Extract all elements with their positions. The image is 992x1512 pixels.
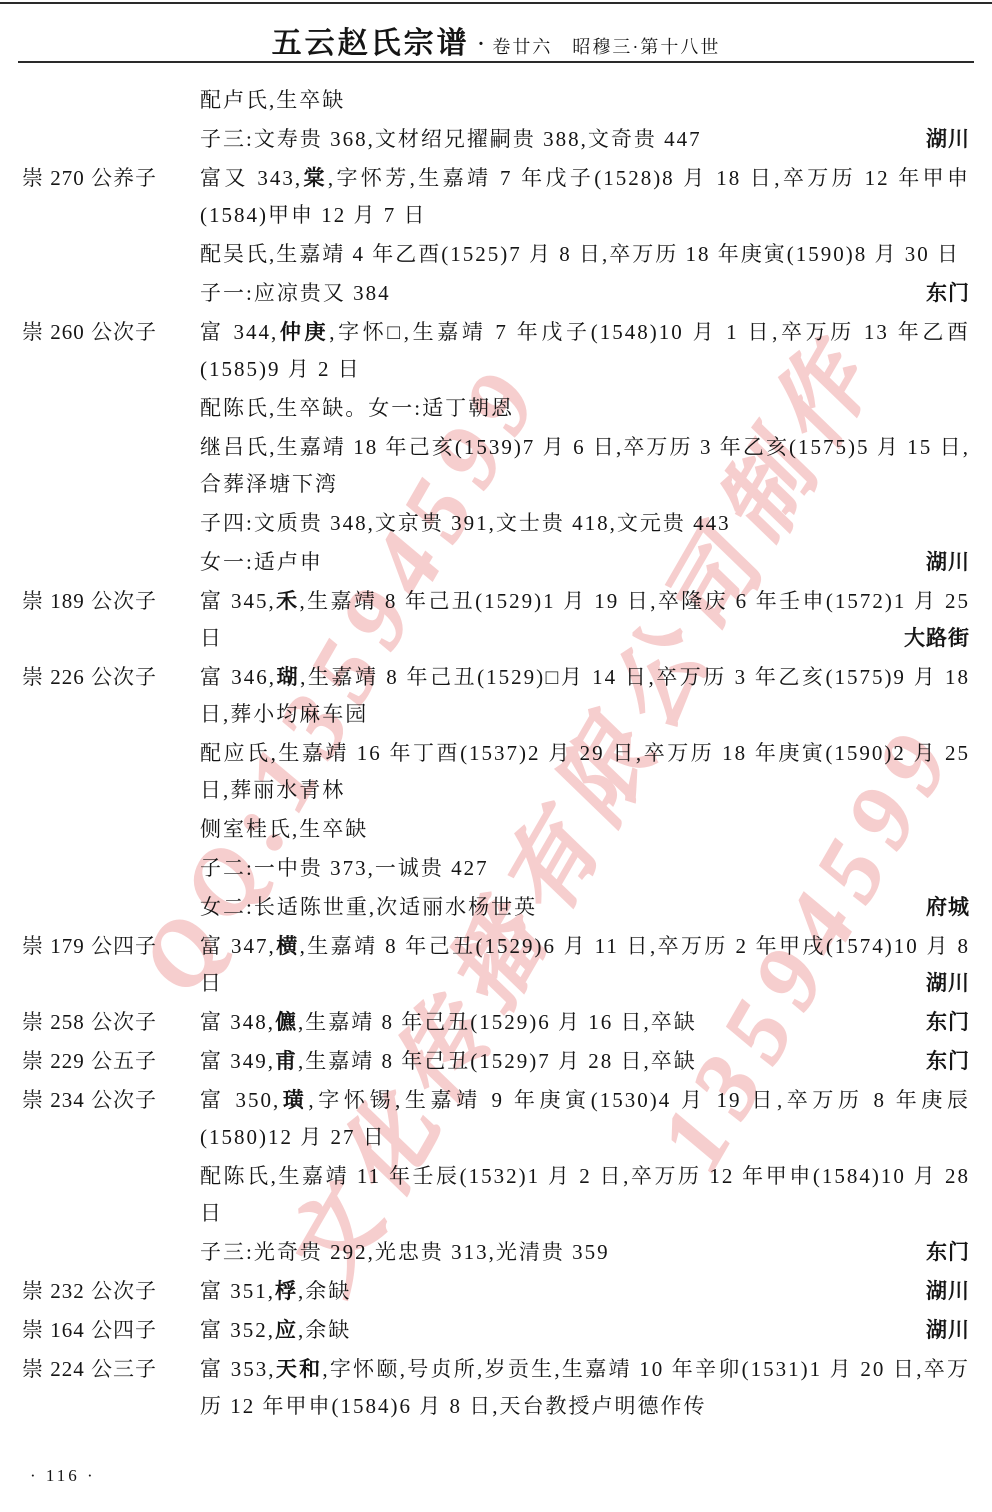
record-text: 配陈氏,生嘉靖 11 年壬辰(1532)1 月 2 日,卒万历 12 年甲申(1… [200, 1158, 970, 1232]
record-text: 富 346,瑚,生嘉靖 8 年己丑(1529)□月 14 日,卒万历 3 年乙亥… [200, 659, 970, 733]
record-text: 富 348,儦,生嘉靖 8 年己丑(1529)6 月 16 日,卒缺东门 [200, 1004, 970, 1041]
record-segment: 富 345, [200, 589, 276, 613]
person-name: 瑚 [276, 665, 300, 689]
record-row: 子三:文寿贵 368,文材绍兄擢嗣贵 388,文奇贵 447湖川 [22, 121, 970, 158]
record-text: 子一:应凉贵又 384东门 [200, 275, 970, 312]
record-segment: ,余缺 [298, 1279, 351, 1303]
records-list: 配卢氏,生卒缺子三:文寿贵 368,文材绍兄擢嗣贵 388,文奇贵 447湖川崇… [22, 82, 970, 1427]
record-text: 富 347,横,生嘉靖 8 年己丑(1529)6 月 11 日,卒万历 2 年甲… [200, 928, 970, 1002]
record-segment: ,余缺 [298, 1318, 351, 1342]
record-segment: 富 347, [200, 934, 276, 958]
record-segment: 富 346, [200, 665, 276, 689]
generation-label: 崇 260 公次子 [22, 314, 198, 351]
generation-label: 崇 224 公三子 [22, 1351, 198, 1388]
record-row: 崇 189 公次子富 345,禾,生嘉靖 8 年己丑(1529)1 月 19 日… [22, 583, 970, 657]
generation-label: 崇 270 公养子 [22, 160, 198, 197]
record-segment: ,生嘉靖 8 年己丑(1529)1 月 19 日,卒隆庆 6 年壬申(1572)… [200, 589, 970, 650]
record-segment: 配陈氏,生嘉靖 11 年壬辰(1532)1 月 2 日,卒万历 12 年甲申(1… [200, 1164, 970, 1225]
person-name: 禾 [276, 589, 300, 613]
record-segment: 配吴氏,生嘉靖 4 年乙酉(1525)7 月 8 日,卒万历 18 年庚寅(15… [200, 242, 960, 266]
genealogy-page: 五云赵氏宗谱·卷廿六 昭穆三·第十八世 QQ:13594599 文化传播有限公司… [0, 0, 992, 1512]
generation-label: 崇 226 公次子 [22, 659, 198, 696]
record-text: 富 353,天和,字怀颐,号贞所,岁贡生,生嘉靖 10 年辛卯(1531)1 月… [200, 1351, 970, 1425]
record-segment: 女一:适卢申 [200, 550, 323, 574]
record-row: 继吕氏,生嘉靖 18 年己亥(1539)7 月 6 日,卒万历 3 年乙亥(15… [22, 429, 970, 503]
generation-label: 崇 164 公四子 [22, 1312, 198, 1349]
record-text: 子二:一中贵 373,一诚贵 427 [200, 850, 970, 887]
record-segment: 配卢氏,生卒缺 [200, 88, 345, 112]
residence-label: 东门 [926, 275, 970, 312]
record-text: 子三:光奇贵 292,光忠贵 313,光清贵 359东门 [200, 1234, 970, 1271]
record-segment: 富 353, [200, 1357, 276, 1381]
residence-label: 湖川 [926, 1312, 970, 1349]
record-segment: 子一:应凉贵又 384 [200, 281, 391, 305]
record-segment: 子三:文寿贵 368,文材绍兄擢嗣贵 388,文奇贵 447 [200, 127, 702, 151]
person-name: 儦 [275, 1010, 298, 1034]
residence-label: 府城 [926, 889, 970, 926]
person-name: 横 [276, 934, 300, 958]
title-separator-dot: · [478, 33, 485, 55]
record-row: 崇 226 公次子富 346,瑚,生嘉靖 8 年己丑(1529)□月 14 日,… [22, 659, 970, 733]
record-row: 崇 224 公三子富 353,天和,字怀颐,号贞所,岁贡生,生嘉靖 10 年辛卯… [22, 1351, 970, 1425]
residence-label: 湖川 [926, 965, 970, 1002]
person-name: 天和 [276, 1357, 323, 1381]
residence-label: 湖川 [926, 1273, 970, 1310]
record-text: 女二:长适陈世重,次适丽水杨世英府城 [200, 889, 970, 926]
page-footer: · 116 · [30, 1466, 96, 1486]
person-name: 璜 [280, 1088, 308, 1112]
record-row: 子四:文质贵 348,文京贵 391,文士贵 418,文元贵 443 [22, 505, 970, 542]
record-row: 崇 234 公次子富 350,璜,字怀锡,生嘉靖 9 年庚寅(1530)4 月 … [22, 1082, 970, 1156]
record-segment: ,生嘉靖 8 年己丑(1529)6 月 11 日,卒万历 2 年甲戌(1574)… [200, 934, 970, 995]
record-text: 女一:适卢申湖川 [200, 544, 970, 581]
record-segment: 富 349, [200, 1049, 275, 1073]
record-text: 配陈氏,生卒缺。女一:适丁朝恩 [200, 390, 970, 427]
record-row: 配吴氏,生嘉靖 4 年乙酉(1525)7 月 8 日,卒万历 18 年庚寅(15… [22, 236, 970, 273]
record-segment: 富 352, [200, 1318, 275, 1342]
person-name: 应 [275, 1318, 298, 1342]
record-row: 侧室桂氏,生卒缺 [22, 811, 970, 848]
record-row: 配陈氏,生卒缺。女一:适丁朝恩 [22, 390, 970, 427]
record-segment: 女二:长适陈世重,次适丽水杨世英 [200, 895, 537, 919]
page-header: 五云赵氏宗谱·卷廿六 昭穆三·第十八世 [0, 18, 992, 62]
record-segment: 侧室桂氏,生卒缺 [200, 817, 368, 841]
record-text: 子三:文寿贵 368,文材绍兄擢嗣贵 388,文奇贵 447湖川 [200, 121, 970, 158]
record-text: 富 345,禾,生嘉靖 8 年己丑(1529)1 月 19 日,卒隆庆 6 年壬… [200, 583, 970, 657]
record-row: 崇 232 公次子富 351,桴,余缺湖川 [22, 1273, 970, 1310]
person-name: 甫 [275, 1049, 298, 1073]
record-segment: 富 350, [200, 1088, 280, 1112]
record-row: 配卢氏,生卒缺 [22, 82, 970, 119]
record-text: 富 349,甫,生嘉靖 8 年己丑(1529)7 月 28 日,卒缺东门 [200, 1043, 970, 1080]
header-divider-line [18, 61, 974, 63]
record-text: 配吴氏,生嘉靖 4 年乙酉(1525)7 月 8 日,卒万历 18 年庚寅(15… [200, 236, 970, 273]
record-text: 富 344,仲庚,字怀□,生嘉靖 7 年戊子(1548)10 月 1 日,卒万历… [200, 314, 970, 388]
generation-label: 崇 232 公次子 [22, 1273, 198, 1310]
record-row: 配应氏,生嘉靖 16 年丁酉(1537)2 月 29 日,卒万历 18 年庚寅(… [22, 735, 970, 809]
record-text: 富 350,璜,字怀锡,生嘉靖 9 年庚寅(1530)4 月 19 日,卒万历 … [200, 1082, 970, 1156]
record-row: 子一:应凉贵又 384东门 [22, 275, 970, 312]
record-row: 女二:长适陈世重,次适丽水杨世英府城 [22, 889, 970, 926]
record-segment: 子三:光奇贵 292,光忠贵 313,光清贵 359 [200, 1240, 610, 1264]
record-text: 继吕氏,生嘉靖 18 年己亥(1539)7 月 6 日,卒万历 3 年乙亥(15… [200, 429, 970, 503]
record-segment: 继吕氏,生嘉靖 18 年己亥(1539)7 月 6 日,卒万历 3 年乙亥(15… [200, 435, 970, 496]
record-row: 子二:一中贵 373,一诚贵 427 [22, 850, 970, 887]
record-segment: 富 351, [200, 1279, 275, 1303]
volume-subtitle: 卷廿六 昭穆三·第十八世 [492, 37, 720, 57]
record-row: 崇 164 公四子富 352,应,余缺湖川 [22, 1312, 970, 1349]
book-title: 五云赵氏宗谱 [272, 27, 470, 60]
generation-label: 崇 234 公次子 [22, 1082, 198, 1119]
record-segment: ,字怀锡,生嘉靖 9 年庚寅(1530)4 月 19 日,卒万历 8 年庚辰(1… [200, 1088, 970, 1149]
record-segment: ,生嘉靖 8 年己丑(1529)7 月 28 日,卒缺 [298, 1049, 697, 1073]
record-segment: ,生嘉靖 8 年己丑(1529)6 月 16 日,卒缺 [298, 1010, 697, 1034]
record-row: 子三:光奇贵 292,光忠贵 313,光清贵 359东门 [22, 1234, 970, 1271]
record-text: 配卢氏,生卒缺 [200, 82, 970, 119]
record-row: 配陈氏,生嘉靖 11 年壬辰(1532)1 月 2 日,卒万历 12 年甲申(1… [22, 1158, 970, 1232]
page-number: · 116 · [30, 1466, 96, 1485]
record-text: 侧室桂氏,生卒缺 [200, 811, 970, 848]
record-row: 崇 229 公五子富 349,甫,生嘉靖 8 年己丑(1529)7 月 28 日… [22, 1043, 970, 1080]
person-name: 桴 [275, 1279, 298, 1303]
record-row: 女一:适卢申湖川 [22, 544, 970, 581]
record-segment: 配陈氏,生卒缺。女一:适丁朝恩 [200, 396, 514, 420]
record-segment: 富 344, [200, 320, 278, 344]
record-row: 崇 270 公养子富又 343,棠,字怀芳,生嘉靖 7 年戊子(1528)8 月… [22, 160, 970, 234]
record-text: 富 352,应,余缺湖川 [200, 1312, 970, 1349]
top-border-line [0, 2, 992, 4]
person-name: 仲庚 [278, 320, 329, 344]
generation-label: 崇 179 公四子 [22, 928, 198, 965]
residence-label: 东门 [926, 1234, 970, 1271]
residence-label: 东门 [926, 1004, 970, 1041]
residence-label: 东门 [926, 1043, 970, 1080]
record-segment: 子四:文质贵 348,文京贵 391,文士贵 418,文元贵 443 [200, 511, 731, 535]
residence-label: 湖川 [926, 121, 970, 158]
record-text: 配应氏,生嘉靖 16 年丁酉(1537)2 月 29 日,卒万历 18 年庚寅(… [200, 735, 970, 809]
generation-label: 崇 229 公五子 [22, 1043, 198, 1080]
record-row: 崇 260 公次子富 344,仲庚,字怀□,生嘉靖 7 年戊子(1548)10 … [22, 314, 970, 388]
record-segment: 配应氏,生嘉靖 16 年丁酉(1537)2 月 29 日,卒万历 18 年庚寅(… [200, 741, 970, 802]
generation-label: 崇 189 公次子 [22, 583, 198, 620]
record-segment: 子二:一中贵 373,一诚贵 427 [200, 856, 489, 880]
record-text: 富又 343,棠,字怀芳,生嘉靖 7 年戊子(1528)8 月 18 日,卒万历… [200, 160, 970, 234]
record-segment: ,生嘉靖 8 年己丑(1529)□月 14 日,卒万历 3 年乙亥(1575)9… [200, 665, 970, 726]
generation-label: 崇 258 公次子 [22, 1004, 198, 1041]
record-text: 富 351,桴,余缺湖川 [200, 1273, 970, 1310]
record-row: 崇 258 公次子富 348,儦,生嘉靖 8 年己丑(1529)6 月 16 日… [22, 1004, 970, 1041]
record-segment: 富 348, [200, 1010, 275, 1034]
residence-label: 湖川 [926, 544, 970, 581]
residence-label: 大路街 [904, 620, 970, 657]
record-segment: 富又 343, [200, 166, 302, 190]
record-text: 子四:文质贵 348,文京贵 391,文士贵 418,文元贵 443 [200, 505, 970, 542]
person-name: 棠 [302, 166, 328, 190]
record-row: 崇 179 公四子富 347,横,生嘉靖 8 年己丑(1529)6 月 11 日… [22, 928, 970, 1002]
